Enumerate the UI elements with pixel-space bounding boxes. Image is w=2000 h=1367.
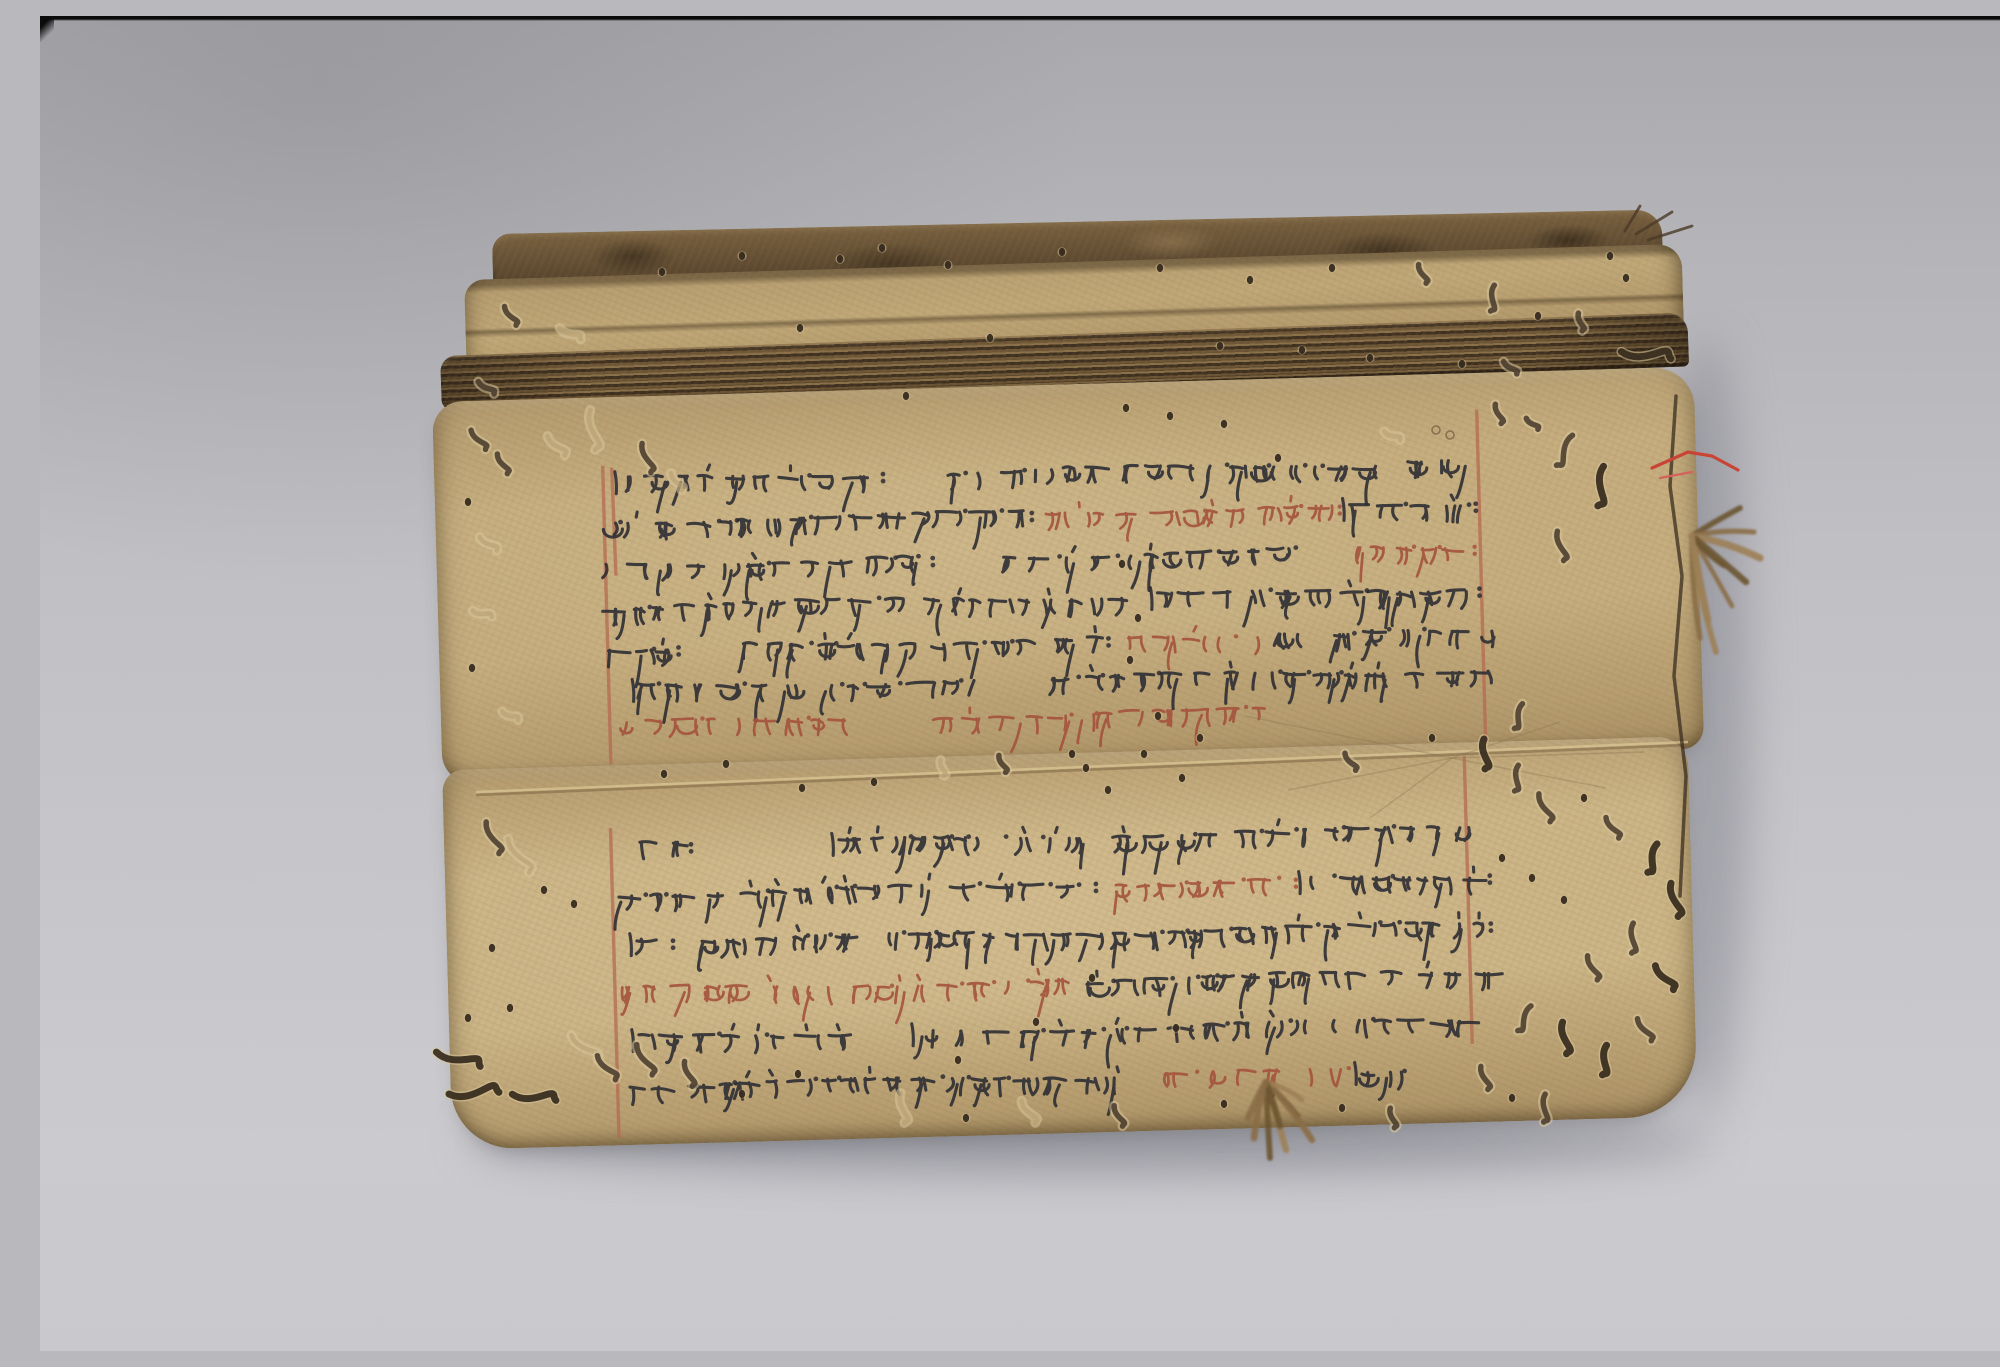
manuscript-photo: [40, 16, 2000, 1351]
dark-edge-string: [1670, 396, 1686, 896]
red-margin-line: [603, 466, 611, 764]
red-margin-line: [1464, 756, 1472, 1044]
threads-and-fibres: [1248, 206, 1760, 1158]
handwriting-upper: [599, 409, 1496, 764]
handwriting-and-damage-overlay: [40, 16, 2000, 1351]
handwriting-lower: [609, 755, 1505, 1138]
fibre-tassel-0: [1692, 508, 1760, 652]
fibre-tassel-1: [1248, 1082, 1312, 1158]
red-binding-thread-2: [1660, 472, 1692, 478]
red-margin-line: [611, 828, 619, 1138]
red-margin-line: [1477, 410, 1486, 744]
red-binding-thread: [1652, 452, 1738, 470]
